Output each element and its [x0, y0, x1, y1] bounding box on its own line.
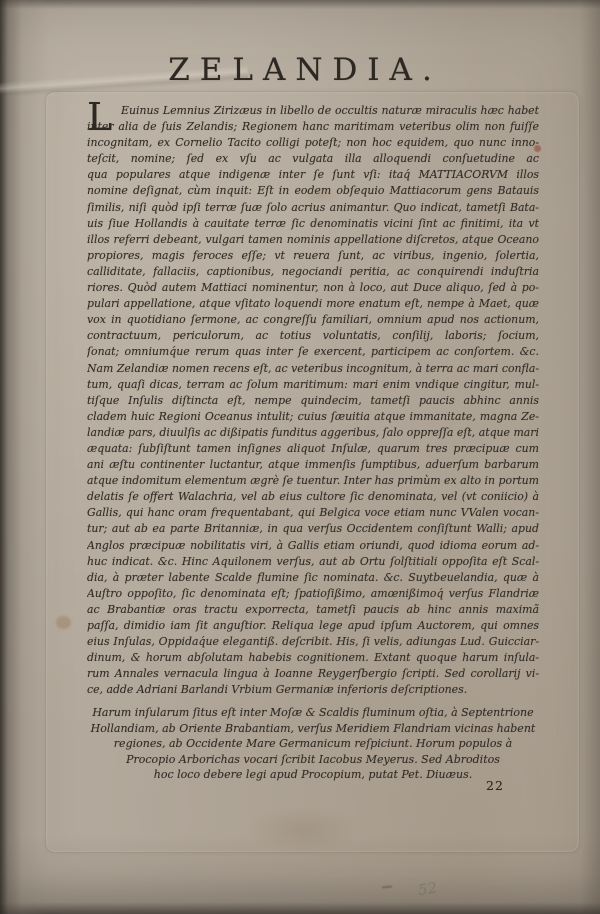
body-text-line: tum, quaſi dicas, terram ac ſolum mariti… — [87, 377, 539, 393]
body-text-line: inter alia de ſuis Zelandis; Regionem ha… — [87, 119, 539, 135]
body-text-line: illos referri debeant, vulgari tamen nom… — [87, 232, 539, 248]
body-text-line: ani æſtu continenter luctantur, atque im… — [87, 457, 539, 473]
body-paragraph: Euinus Lemnius Zirizæus in libello de oc… — [87, 103, 539, 698]
body-text-line: calliditate, fallaciis, captionibus, neg… — [87, 264, 539, 280]
body-text-line: ac Brabantiæ oras tractu exporrecta, tam… — [87, 602, 539, 618]
body-text-line: Anglos præcipuæ nobilitatis viri, à Gall… — [87, 538, 539, 554]
book-page-photo: ZELANDIA. L Euinus Lemnius Zirizæus in l… — [0, 0, 600, 914]
body-text-line: vox in quotidiano ſermone, ac congreſſu … — [87, 312, 539, 328]
closing-text-line: Procopio Arborichas vocari ſcribit Iacob… — [87, 752, 539, 767]
body-text-line: riores. Quòd autem Mattiaci nominentur, … — [87, 280, 539, 296]
closing-text-line: Hollandiam, ab Oriente Brabantiam, verſu… — [87, 721, 539, 736]
closing-paragraph: Harum inſularum ſitus eſt inter Moſæ & S… — [87, 705, 539, 782]
body-text-line: rum Annales vernacula lingua à Ioanne Re… — [87, 666, 539, 682]
closing-text-line: regiones, ab Occidente Mare Germanicum r… — [87, 736, 539, 751]
body-text-line: Nam Zelandiæ nomen recens eſt, ac veteri… — [87, 361, 539, 377]
folio-page-number: 22 — [486, 778, 504, 793]
body-text-line: Auſtro oppoſito, ſic denominata eſt; ſpa… — [87, 586, 539, 602]
body-text-line: qua populares atque indigenæ inter ſe ſu… — [87, 167, 539, 183]
body-text-line: atque indomitum elementum ægrè ſe tuentu… — [87, 473, 539, 489]
text-block: L Euinus Lemnius Zirizæus in libello de … — [87, 103, 539, 782]
body-text-line: ſonat; omniumq́ue rerum quas inter ſe ex… — [87, 344, 539, 360]
body-text-line: propiores, magis feroces eſſe; vt reuera… — [87, 248, 539, 264]
body-text-line: delatis ſe offert Walachria, vel ab eius… — [87, 489, 539, 505]
body-text-line: huc indicat. &c. Hinc Aquilonem verſus, … — [87, 554, 539, 570]
body-text-line: dinum, & horum abſolutam habebis cogniti… — [87, 650, 539, 666]
closing-text-line: Harum inſularum ſitus eſt inter Moſæ & S… — [87, 705, 539, 720]
page-title: ZELANDIA. — [10, 52, 600, 88]
body-text-line: paſſa, dimidio iam ſit anguſtior. Reliqu… — [87, 618, 539, 634]
foxing-spot — [56, 616, 71, 629]
pencil-dash — [382, 885, 392, 888]
body-text-line: contractuum, periculorum, ac totius volu… — [87, 328, 539, 344]
body-text-line: landiæ pars, diuulſis ac dißipatis fundi… — [87, 425, 539, 441]
body-text-line: uis ſiue Hollandis à cauitate terræ ſic … — [87, 216, 539, 232]
body-text-line: dia, à præter labente Scalde flumine ſic… — [87, 570, 539, 586]
body-text-line: incognitam, ex Cornelio Tacito colligi p… — [87, 135, 539, 151]
body-text-line: æquata: ſubſiſtunt tamen inſignes aliquo… — [87, 441, 539, 457]
drop-cap-initial: L — [87, 102, 121, 118]
body-text-line: Gallis, qui hanc oram frequentabant, qui… — [87, 505, 539, 521]
body-text-line: pulari appellatione, atque vſitato loque… — [87, 296, 539, 312]
body-text-line: tiſque Inſulis diſtincta eſt, nempe quin… — [87, 393, 539, 409]
body-text-line: nomine deſignat, cùm inquit: Eſt in eode… — [87, 183, 539, 199]
body-text-line: eius Inſulas, Oppidaq́ue elegantiß. deſc… — [87, 634, 539, 650]
pencil-annotation: 52 — [417, 878, 439, 899]
paper-stain — [248, 808, 358, 852]
body-text-line: cladem huic Regioni Oceanus intulit; cui… — [87, 409, 539, 425]
body-text-line: ſimilis, niſi quòd ipſi terræ ſuæ ſolo a… — [87, 200, 539, 216]
closing-text-line: hoc loco debere legi apud Procopium, put… — [87, 767, 539, 782]
body-text-line: Euinus Lemnius Zirizæus in libello de oc… — [121, 103, 539, 119]
body-text-line: ce, adde Adriani Barlandi Vrbium Germani… — [87, 682, 539, 698]
body-text-line: teſcit, nomine; ſed ex vſu ac vulgata il… — [87, 151, 539, 167]
body-text-line: tur; aut ab ea parte Britanniæ, in qua v… — [87, 521, 539, 537]
